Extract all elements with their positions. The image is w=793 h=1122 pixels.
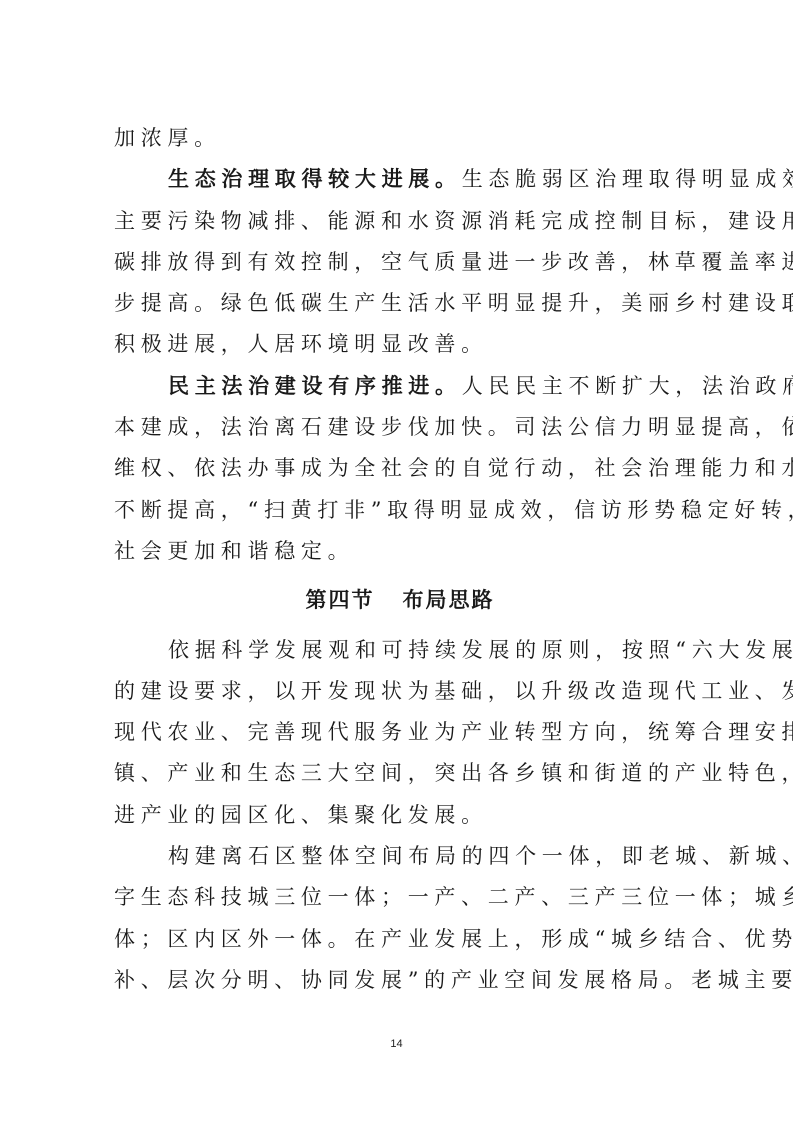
section-title: 布局思路 <box>403 588 495 612</box>
section-number: 第四节 <box>306 588 375 612</box>
paragraph-lead-ecology: 生态治理取得较大进展。 <box>168 167 462 191</box>
paragraph-layout-principle-line-3: 现代农业、完善现代服务业为产业转型方向，统筹合理安排城 <box>114 712 686 753</box>
paragraph-layout-principle-line-1: 依据科学发展观和可持续发展的原则，按照“六大发展” <box>114 630 686 671</box>
text: 不断提高，“扫黄打非”取得明显成效，信访形势稳定好转， <box>114 498 793 522</box>
text: 依据科学发展观和可持续发展的原则，按照“六大发展” <box>168 638 793 662</box>
text: 本建成，法治离石建设步伐加快。司法公信力明显提高，依法 <box>114 415 793 439</box>
paragraph-ecology-line-1: 生态治理取得较大进展。生态脆弱区治理取得明显成效， <box>114 159 686 200</box>
text: 加浓厚。 <box>114 126 221 150</box>
text: 社会更加和谐稳定。 <box>114 539 354 563</box>
section-heading: 第四节布局思路 <box>114 580 686 621</box>
paragraph-ecology-line-3: 碳排放得到有效控制，空气质量进一步改善，林草覆盖率进一 <box>114 242 686 283</box>
paragraph-layout-principle-line-2: 的建设要求，以开发现状为基础，以升级改造现代工业、发展 <box>114 671 686 712</box>
text: 字生态科技城三位一体；一产、二产、三产三位一体；城乡一 <box>114 885 793 909</box>
text: 体；区内区外一体。在产业发展上，形成“城乡结合、优势互 <box>114 927 793 951</box>
paragraph-ecology-line-2: 主要污染物减排、能源和水资源消耗完成控制目标，建设用地、 <box>114 201 686 242</box>
paragraph-rule-of-law-line-4: 不断提高，“扫黄打非”取得明显成效，信访形势稳定好转， <box>114 490 686 531</box>
text: 积极进展，人居环境明显改善。 <box>114 332 488 356</box>
text: 主要污染物减排、能源和水资源消耗完成控制目标，建设用地、 <box>114 209 793 233</box>
paragraph-rule-of-law-line-5: 社会更加和谐稳定。 <box>114 531 686 572</box>
paragraph-four-in-one-line-3: 体；区内区外一体。在产业发展上，形成“城乡结合、优势互 <box>114 919 686 960</box>
document-page: 加浓厚。 生态治理取得较大进展。生态脆弱区治理取得明显成效， 主要污染物减排、能… <box>114 118 686 1001</box>
paragraph-rule-of-law-line-2: 本建成，法治离石建设步伐加快。司法公信力明显提高，依法 <box>114 407 686 448</box>
text: 现代农业、完善现代服务业为产业转型方向，统筹合理安排城 <box>114 720 793 744</box>
paragraph-rule-of-law-line-3: 维权、依法办事成为全社会的自觉行动，社会治理能力和水平 <box>114 448 686 489</box>
text: 步提高。绿色低碳生产生活水平明显提升，美丽乡村建设取得 <box>114 291 793 315</box>
paragraph-continuation-line: 加浓厚。 <box>114 118 686 159</box>
paragraph-layout-principle-line-4: 镇、产业和生态三大空间，突出各乡镇和街道的产业特色，促 <box>114 753 686 794</box>
text: 人民民主不断扩大，法治政府基 <box>462 374 793 398</box>
page-number: 14 <box>0 1038 793 1050</box>
paragraph-four-in-one-line-4: 补、层次分明、协同发展”的产业空间发展格局。老城主要包 <box>114 960 686 1001</box>
text: 构建离石区整体空间布局的四个一体，即老城、新城、数 <box>168 844 793 868</box>
text: 补、层次分明、协同发展”的产业空间发展格局。老城主要包 <box>114 968 793 992</box>
text: 维权、依法办事成为全社会的自觉行动，社会治理能力和水平 <box>114 456 793 480</box>
paragraph-four-in-one-line-2: 字生态科技城三位一体；一产、二产、三产三位一体；城乡一 <box>114 877 686 918</box>
text: 的建设要求，以开发现状为基础，以升级改造现代工业、发展 <box>114 679 793 703</box>
paragraph-lead-rule-of-law: 民主法治建设有序推进。 <box>168 374 462 398</box>
text: 进产业的园区化、集聚化发展。 <box>114 803 488 827</box>
text: 生态脆弱区治理取得明显成效， <box>462 167 793 191</box>
text: 镇、产业和生态三大空间，突出各乡镇和街道的产业特色，促 <box>114 761 793 785</box>
paragraph-layout-principle-line-5: 进产业的园区化、集聚化发展。 <box>114 795 686 836</box>
paragraph-ecology-line-5: 积极进展，人居环境明显改善。 <box>114 324 686 365</box>
paragraph-ecology-line-4: 步提高。绿色低碳生产生活水平明显提升，美丽乡村建设取得 <box>114 283 686 324</box>
paragraph-rule-of-law-line-1: 民主法治建设有序推进。人民民主不断扩大，法治政府基 <box>114 366 686 407</box>
text: 碳排放得到有效控制，空气质量进一步改善，林草覆盖率进一 <box>114 250 793 274</box>
paragraph-four-in-one-line-1: 构建离石区整体空间布局的四个一体，即老城、新城、数 <box>114 836 686 877</box>
